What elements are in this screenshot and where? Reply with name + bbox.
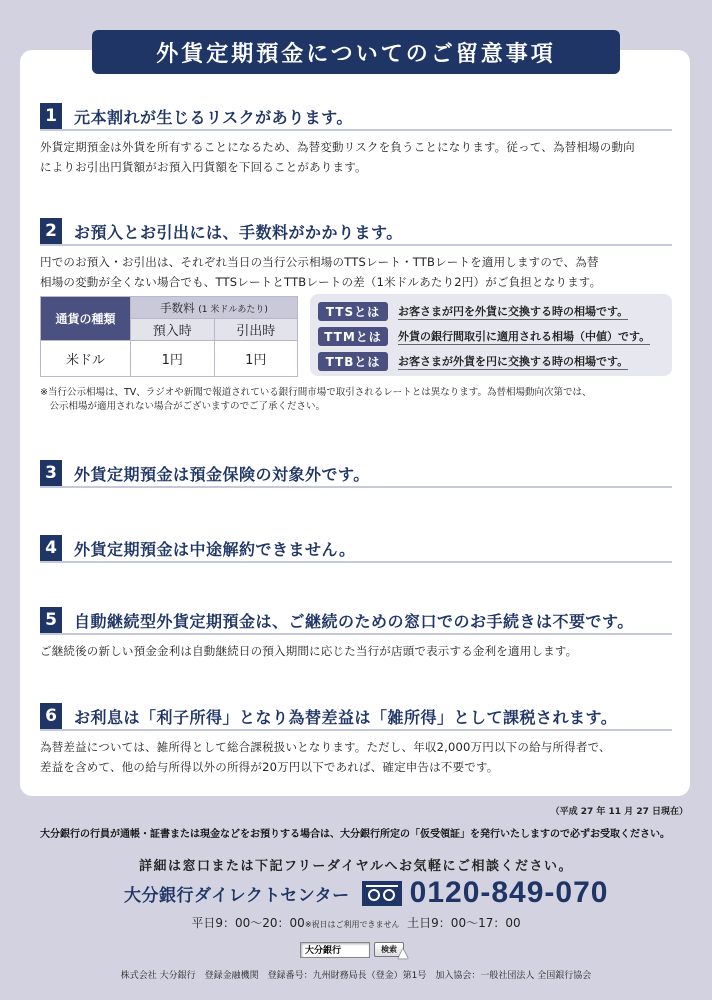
business-hours: 平日9：00〜20：00※祝日はご利用できません 土日9：00〜17：00: [0, 914, 712, 931]
section-body: 外貨定期預金は外貨を所有することになるため、為替変動リスクを負うことになります。…: [40, 137, 672, 177]
header-currency: 通貨の種類: [41, 297, 131, 341]
section-header: 4 外貨定期預金は中途解約できません。: [40, 535, 672, 563]
section-header: 5 自動継続型外貨定期預金は、ご継続のための窓口でのお手続きは不要です。: [40, 607, 672, 635]
body-line: 相場の変動が全くない場合でも、TTSレートとTTBレートの差（1米ドルあたり2円…: [40, 272, 672, 292]
note-line: 公示相場が適用されない場合がございますのでご了承ください。: [40, 400, 680, 414]
body-line: 為替差益については、雑所得として総合課税扱いとなります。ただし、年収2,000万…: [40, 737, 672, 757]
rate-note: ※当行公示相場は、TV、ラジオや新聞で報道されている銀行間市場で取引されるレート…: [40, 386, 680, 414]
header-fee-label: 手数料: [160, 301, 195, 315]
header-fee: 手数料 (1 米ドルあたり): [131, 297, 298, 319]
section-number: 3: [40, 460, 62, 486]
phone-number[interactable]: 0120-849-070: [410, 876, 609, 910]
section-number: 5: [40, 607, 62, 633]
hours-weekend: 土日9：00〜17：00: [407, 916, 520, 930]
section-title: 自動継続型外貨定期預金は、ご継続のための窓口でのお手続きは不要です。: [74, 609, 634, 632]
section-body: ご継続後の新しい預金金利は自動継続日の預入期間に応じた当行が店頭で表示する金利を…: [40, 641, 672, 661]
section-body: 円でのお預入・お引出は、それぞれ当日の当行公示相場のTTSレート・TTBレートを…: [40, 252, 672, 292]
receipt-notice: 大分銀行の行員が通帳・証書または現金などをお預りする場合は、大分銀行所定の「仮受…: [40, 825, 690, 840]
header-fee-note: (1 米ドルあたり): [198, 305, 268, 315]
rate-desc: 外貨の銀行間取引に適用される相場（中値）です。: [398, 329, 650, 345]
body-line: 円でのお預入・お引出は、それぞれ当日の当行公示相場のTTSレート・TTBレートを…: [40, 252, 672, 272]
section-number: 6: [40, 703, 62, 729]
section-number: 4: [40, 535, 62, 561]
body-line: ご継続後の新しい預金金利は自動継続日の預入期間に応じた当行が店頭で表示する金利を…: [40, 641, 672, 661]
hours-weekday: 平日9：00〜20：00: [191, 916, 304, 930]
section-6: 6 お利息は「利子所得」となり為替差益は「雑所得」として課税されます。 為替差益…: [40, 703, 672, 777]
rate-desc: お客さまが円を外貨に交換する時の相場です。: [398, 304, 628, 320]
section-title: 外貨定期預金は預金保険の対象外です。: [74, 462, 370, 485]
search-box: 検索 ▲: [300, 938, 408, 961]
footer-registration: 株式会社 大分銀行 登録金融機関 登録番号：九州財務局長（登金）第1号 加入協会…: [0, 968, 712, 981]
freedial-icon: [362, 881, 402, 906]
cell-withdraw: 1円: [214, 341, 298, 377]
rate-row-tts: TTSとは お客さまが円を外貨に交換する時の相場です。: [318, 300, 664, 323]
table-row: 米ドル 1円 1円: [41, 341, 298, 377]
mouse-cursor-icon: ▲: [398, 946, 408, 961]
section-3: 3 外貨定期預金は預金保険の対象外です。: [40, 460, 672, 488]
fee-table: 通貨の種類 手数料 (1 米ドルあたり) 預入時 引出時 米ドル 1円 1円: [40, 296, 298, 377]
rate-row-ttm: TTMとは 外貨の銀行間取引に適用される相場（中値）です。: [318, 325, 664, 348]
center-name: 大分銀行ダイレクトセンター: [124, 881, 350, 906]
note-line: ※当行公示相場は、TV、ラジオや新聞で報道されている銀行間市場で取引されるレート…: [40, 386, 680, 400]
section-header: 1 元本割れが生じるリスクがあります。: [40, 103, 672, 131]
section-number: 2: [40, 218, 62, 244]
header-deposit: 預入時: [131, 319, 215, 341]
body-line: 差益を含めて、他の給与所得以外の所得が20万円以下であれば、確定申告は不要です。: [40, 757, 672, 777]
section-4: 4 外貨定期預金は中途解約できません。: [40, 535, 672, 563]
section-header: 6 お利息は「利子所得」となり為替差益は「雑所得」として課税されます。: [40, 703, 672, 731]
rate-tag: TTSとは: [318, 302, 388, 321]
inquiry-text: 詳細は窓口または下記フリーダイヤルへお気軽にご相談ください。: [0, 855, 712, 874]
search-input[interactable]: [300, 942, 370, 958]
contact-row: 大分銀行ダイレクトセンター 0120-849-070: [124, 876, 608, 910]
section-5: 5 自動継続型外貨定期預金は、ご継続のための窓口でのお手続きは不要です。 ご継続…: [40, 607, 672, 661]
section-title: お預入とお引出には、手数料がかかります。: [74, 220, 403, 243]
cell-deposit: 1円: [131, 341, 215, 377]
section-2: 2 お預入とお引出には、手数料がかかります。 円でのお預入・お引出は、それぞれ当…: [40, 218, 672, 292]
section-1: 1 元本割れが生じるリスクがあります。 外貨定期預金は外貨を所有することになるた…: [40, 103, 672, 177]
section-title: 外貨定期預金は中途解約できません。: [74, 537, 355, 560]
section-title: お利息は「利子所得」となり為替差益は「雑所得」として課税されます。: [74, 705, 617, 728]
section-title: 元本割れが生じるリスクがあります。: [74, 105, 353, 128]
rate-tag: TTMとは: [318, 327, 388, 346]
body-line: によりお引出円貨額がお預入円貨額を下回ることがあります。: [40, 157, 672, 177]
section-body: 為替差益については、雑所得として総合課税扱いとなります。ただし、年収2,000万…: [40, 737, 672, 777]
header-withdraw: 引出時: [214, 319, 298, 341]
section-header: 2 お預入とお引出には、手数料がかかります。: [40, 218, 672, 246]
rate-desc: お客さまが外貨を円に交換する時の相場です。: [398, 354, 628, 370]
rate-row-ttb: TTBとは お客さまが外貨を円に交換する時の相場です。: [318, 350, 664, 373]
rate-tag: TTBとは: [318, 352, 388, 371]
page-title: 外貨定期預金についてのご留意事項: [92, 30, 620, 74]
section-number: 1: [40, 103, 62, 129]
cell-currency: 米ドル: [41, 341, 131, 377]
section-header: 3 外貨定期預金は預金保険の対象外です。: [40, 460, 672, 488]
as-of-date: （平成 27 年 11 月 27 日現在）: [551, 804, 688, 817]
rate-definitions: TTSとは お客さまが円を外貨に交換する時の相場です。 TTMとは 外貨の銀行間…: [310, 294, 672, 376]
hours-note: ※祝日はご利用できません: [305, 920, 400, 929]
body-line: 外貨定期預金は外貨を所有することになるため、為替変動リスクを負うことになります。…: [40, 137, 672, 157]
